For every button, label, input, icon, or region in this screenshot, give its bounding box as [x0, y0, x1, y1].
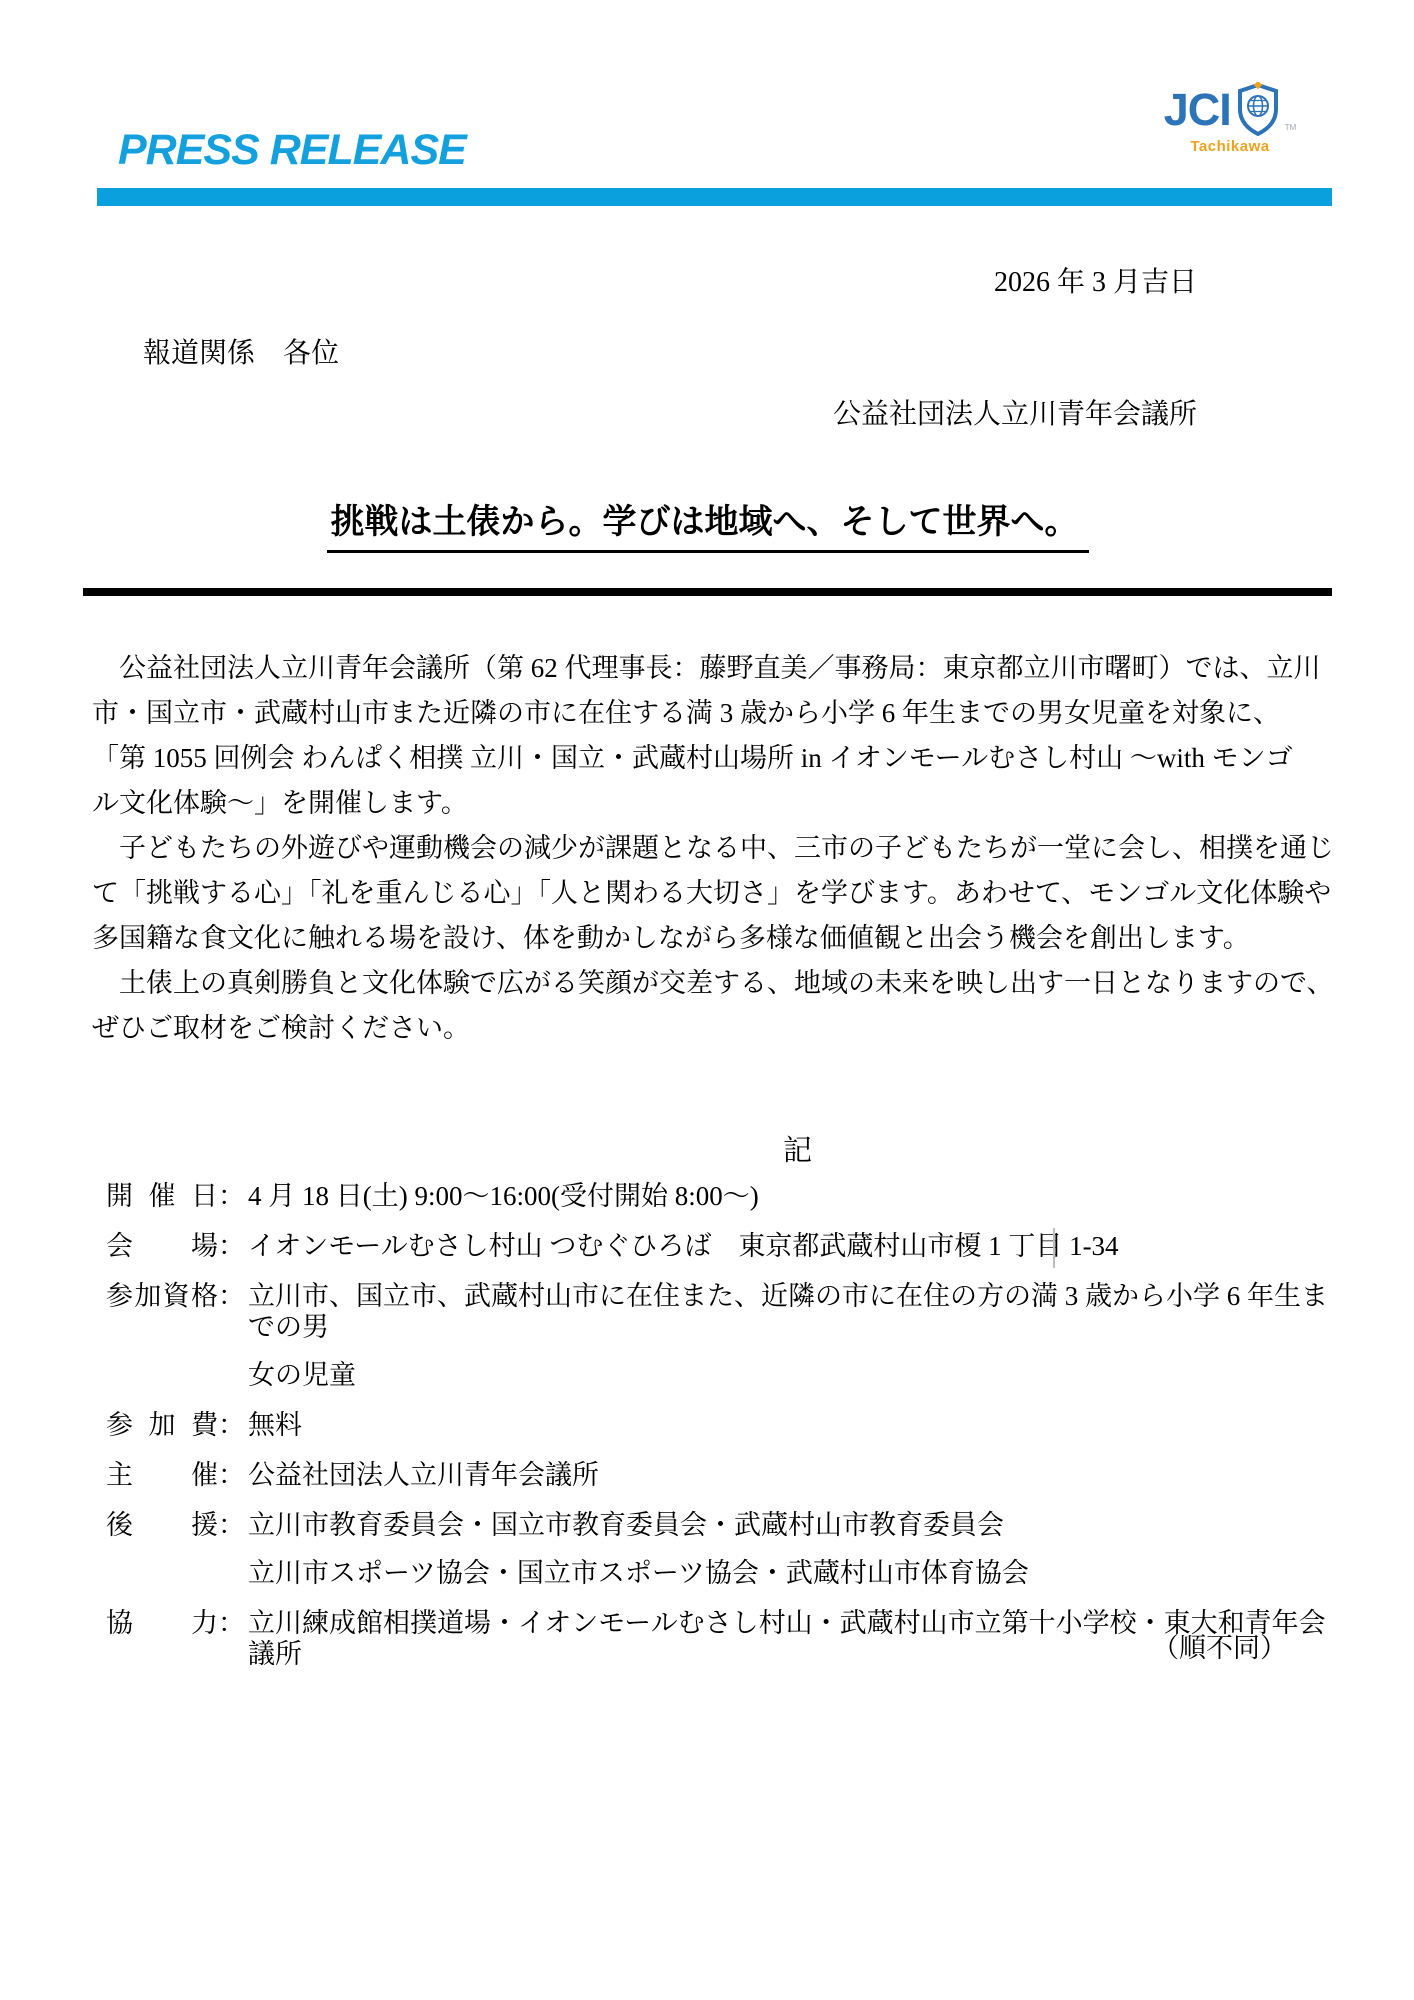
divider-rule: [83, 588, 1332, 596]
detail-label: 参加費: [106, 1410, 218, 1441]
detail-label: 主催: [106, 1460, 218, 1491]
jci-tm-mark: TM: [1285, 123, 1297, 132]
body-line: ル文化体験～」を開催します。: [92, 781, 1337, 826]
ki-marker: 記: [783, 1128, 812, 1169]
detail-label: 会場: [106, 1231, 218, 1262]
jci-tachikawa-label: Tachikawa: [1150, 138, 1310, 155]
body-line: ぜひご取材をご検討ください。: [92, 1006, 1337, 1051]
detail-label: 後援: [106, 1510, 218, 1541]
detail-label: 参加資格: [106, 1281, 218, 1312]
detail-row-venue: 会場 ： イオンモールむさし村山 つむぐひろば 東京都武蔵村山市榎 1 丁目 1…: [106, 1231, 1332, 1262]
detail-value: 公益社団法人立川青年会議所: [248, 1460, 599, 1490]
jci-shield-globe-icon: [1235, 82, 1281, 136]
detail-row-cooperation: 協力 ： 立川練成館相撲道場・イオンモールむさし村山・武蔵村山市立第十小学校・東…: [106, 1608, 1332, 1670]
detail-value: 無料: [248, 1410, 302, 1440]
detail-value: 女の児童: [248, 1360, 1332, 1391]
event-details-list: 開催日 ： 4 月 18 日(土) 9:00～16:00(受付開始 8:00～)…: [106, 1181, 1332, 1689]
press-release-heading: PRESS RELEASE: [118, 126, 466, 175]
detail-row-organizer: 主催 ： 公益社団法人立川青年会議所: [106, 1460, 1332, 1491]
detail-colon: ：: [218, 1608, 248, 1639]
jci-logo-text: JCI: [1164, 87, 1231, 132]
detail-row-date: 開催日 ： 4 月 18 日(土) 9:00～16:00(受付開始 8:00～): [106, 1181, 1332, 1212]
body-line: 土俵上の真剣勝負と文化体験で広がる笑顔が交差する、地域の未来を映し出す一日となり…: [92, 961, 1337, 1006]
detail-label: 協力: [106, 1608, 218, 1639]
press-release-page: PRESS RELEASE JCI TM Tachikawa 2026 年 3 …: [0, 0, 1414, 2000]
order-note: （順不同）: [1152, 1626, 1287, 1665]
detail-value: イオンモールむさし村山 つむぐひろば 東京都武蔵村山市榎 1 丁目 1-34: [248, 1231, 1119, 1261]
detail-colon: ：: [218, 1281, 248, 1312]
detail-value: 4 月 18 日(土) 9:00～16:00(受付開始 8:00～): [248, 1181, 759, 1211]
detail-row-support: 後援 ： 立川市教育委員会・国立市教育委員会・武蔵村山市教育委員会 立川市スポー…: [106, 1510, 1332, 1589]
document-date: 2026 年 3 月吉日: [994, 260, 1197, 300]
ki-wrapper: 記: [83, 1128, 1332, 1169]
body-text: 公益社団法人立川青年会議所（第 62 代理事長：藤野直美／事務局：東京都立川市曙…: [92, 646, 1337, 1051]
recipient-line: 報道関係 各位: [143, 331, 339, 371]
text-cursor: [1053, 1228, 1055, 1268]
body-line: 子どもたちの外遊びや運動機会の減少が課題となる中、三市の子どもたちが一堂に会し、…: [92, 826, 1337, 871]
body-line: 公益社団法人立川青年会議所（第 62 代理事長：藤野直美／事務局：東京都立川市曙…: [92, 646, 1337, 691]
detail-row-fee: 参加費 ： 無料: [106, 1410, 1332, 1441]
detail-colon: ：: [218, 1181, 248, 1212]
detail-label: 開催日: [106, 1181, 218, 1212]
body-line: 「第 1055 回例会 わんぱく相撲 立川・国立・武蔵村山場所 in イオンモー…: [92, 736, 1337, 781]
detail-value: 立川市スポーツ協会・国立市スポーツ協会・武蔵村山市体育協会: [248, 1558, 1332, 1589]
detail-colon: ：: [218, 1460, 248, 1491]
header-accent-bar: [97, 188, 1332, 206]
title-wrapper: 挑戦は土俵から。学びは地域へ、そして世界へ。: [83, 494, 1332, 553]
document-title: 挑戦は土俵から。学びは地域へ、そして世界へ。: [327, 494, 1089, 553]
body-line: て「挑戦する心」「礼を重んじる心」「人と関わる大切さ」を学びます。あわせて、モン…: [92, 871, 1337, 916]
body-line: 市・国立市・武蔵村山市また近隣の市に在住する満 3 歳から小学 6 年生までの男…: [92, 691, 1337, 736]
detail-colon: ：: [218, 1231, 248, 1262]
detail-colon: ：: [218, 1410, 248, 1441]
detail-row-eligibility: 参加資格 ： 立川市、国立市、武蔵村山市に在住また、近隣の市に在住の方の満 3 …: [106, 1281, 1332, 1391]
issuing-organization: 公益社団法人立川青年会議所: [833, 392, 1197, 432]
detail-value: 立川市、国立市、武蔵村山市に在住また、近隣の市に在住の方の満 3 歳から小学 6…: [248, 1281, 1332, 1343]
detail-value: 立川市教育委員会・国立市教育委員会・武蔵村山市教育委員会: [248, 1510, 1332, 1541]
detail-colon: ：: [218, 1510, 248, 1541]
jci-logo: JCI TM Tachikawa: [1150, 82, 1310, 155]
body-line: 多国籍な食文化に触れる場を設け、体を動かしながら多様な価値観と出会う機会を創出し…: [92, 916, 1337, 961]
